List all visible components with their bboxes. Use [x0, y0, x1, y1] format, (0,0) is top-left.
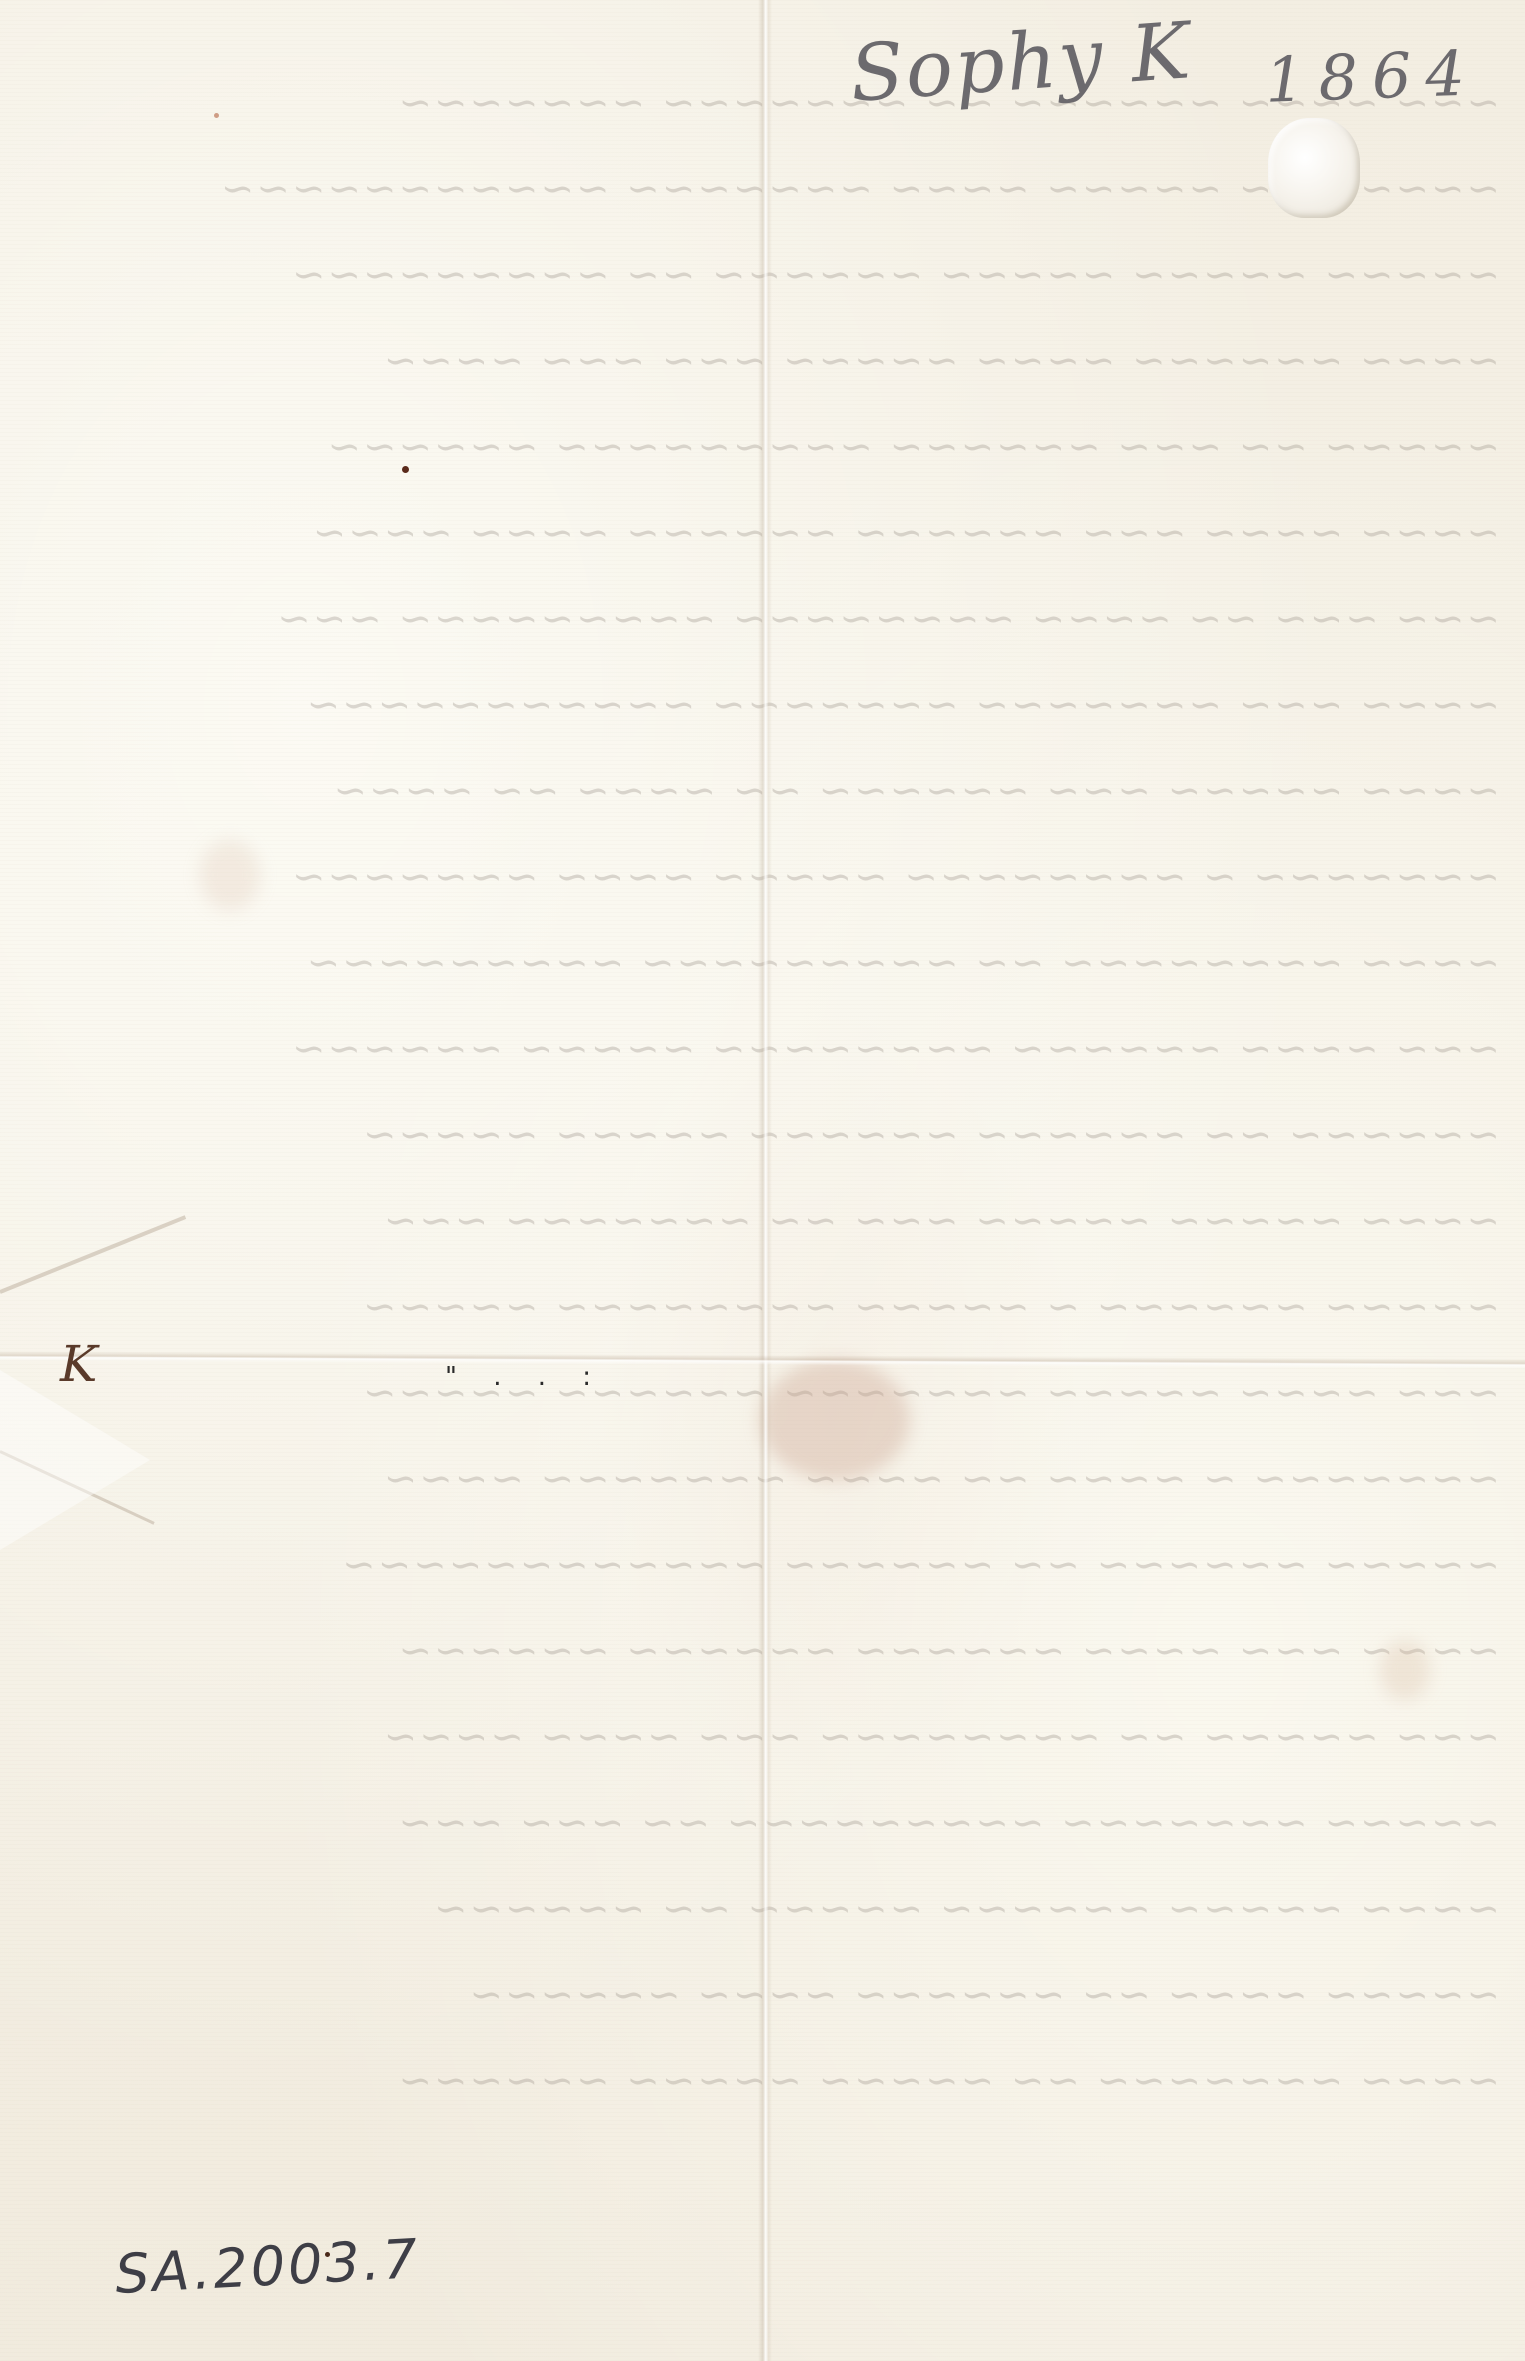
foxing-spot — [402, 466, 409, 473]
letter-sheet: ~~~ ~~~~ ~~~~~~ ~~ ~~~~~~~ ~~~~~~~ ~~~~ … — [0, 0, 1525, 2361]
center-fold — [758, 0, 772, 2361]
accession-number: SA.2003.7 — [114, 2227, 422, 2306]
margin-mark: K — [60, 1335, 97, 1393]
water-stain — [760, 1360, 910, 1480]
tear-ink-marks: " . . : — [445, 1362, 605, 1392]
folded-corner — [0, 1370, 150, 1550]
foxing-spot — [214, 113, 219, 118]
water-stain — [200, 840, 260, 910]
embossed-stationery-mark — [1268, 118, 1360, 218]
water-stain — [1380, 1640, 1430, 1700]
pencil-year-annotation: 1864 — [1264, 36, 1480, 116]
